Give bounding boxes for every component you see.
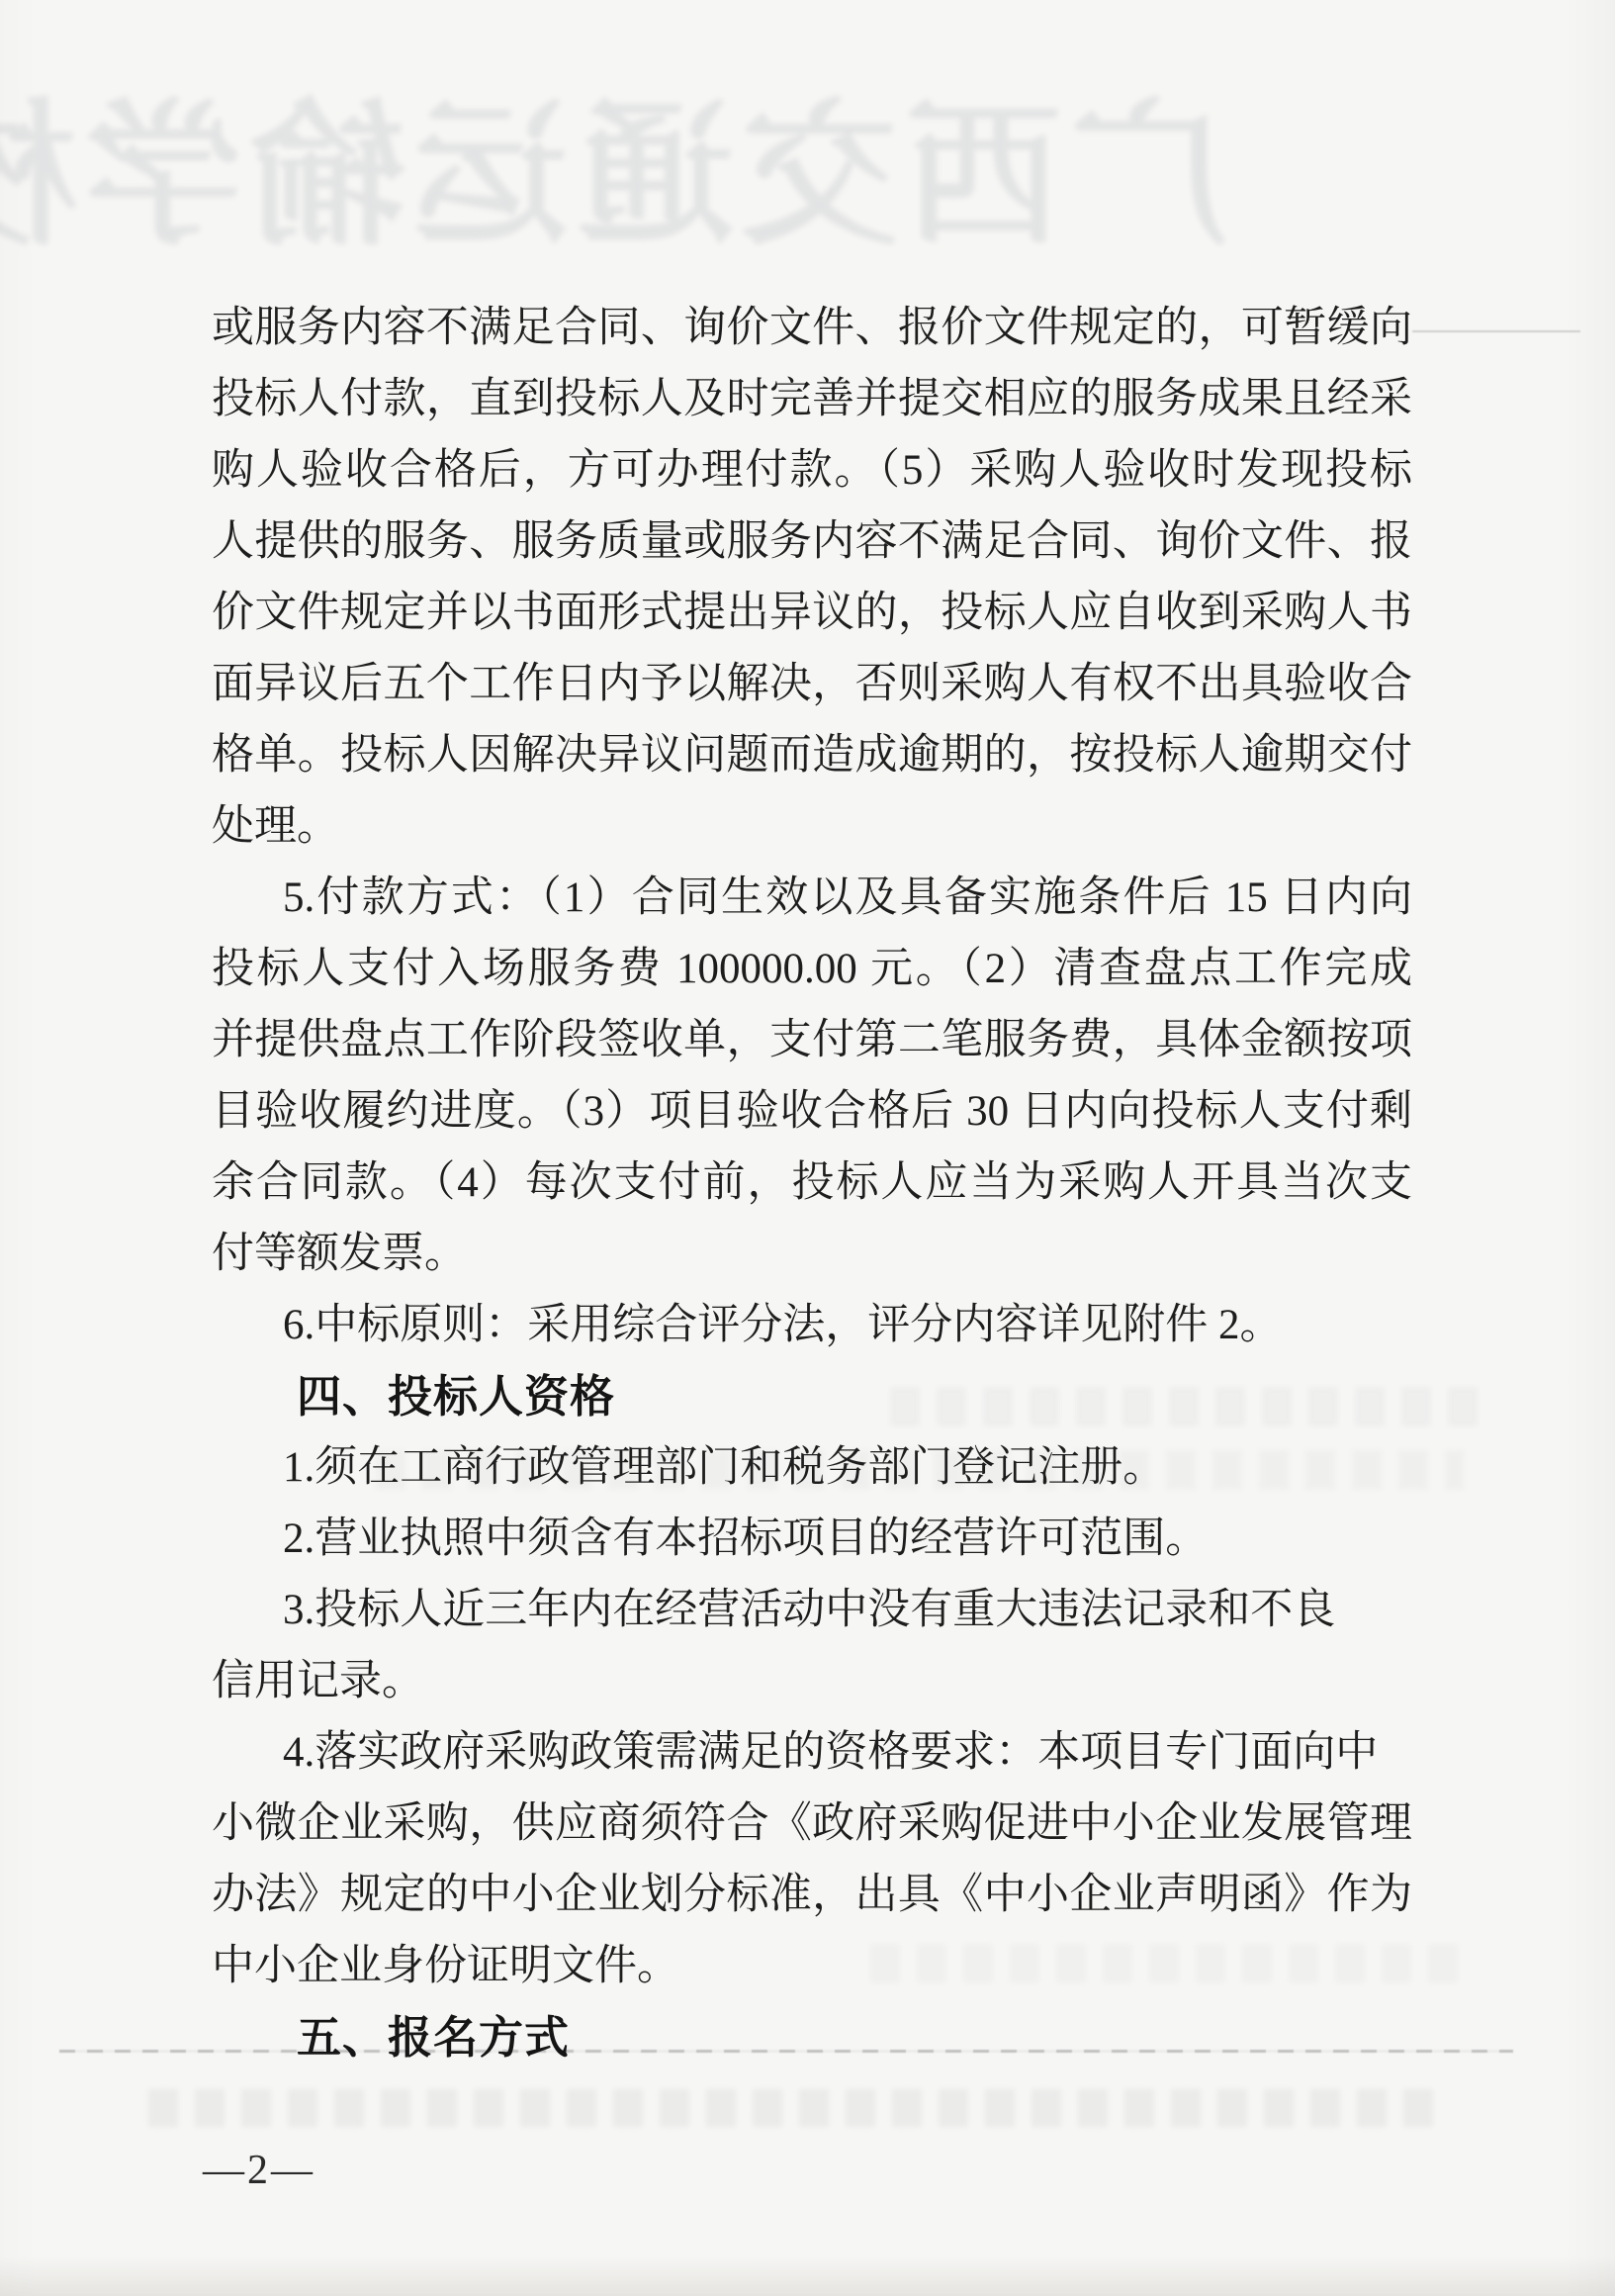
document-page: 广西交通运输学校 或服务内容不满足合同、询价文件、报价文件规定的，可暂缓向 投标… <box>0 0 1615 2296</box>
text-line: 购人验收合格后，方可办理付款。（5）采购人验收时发现投标 <box>212 435 1412 506</box>
text-line: 付等额发票。 <box>212 1219 1412 1290</box>
text-line: 5.付款方式：（1）合同生效以及具备实施条件后 15 日内向 <box>212 863 1412 934</box>
text-line: 投标人支付入场服务费 100000.00 元。（2）清查盘点工作完成 <box>212 934 1412 1005</box>
section-heading: 五、报名方式 <box>212 2002 1412 2073</box>
text-line: 办法》规定的中小企业划分标准，出具《中小企业声明函》作为 <box>212 1860 1412 1931</box>
text-line: 4.落实政府采购政策需满足的资格要求：本项目专门面向中 <box>212 1717 1412 1789</box>
text-line: 目验收履约进度。（3）项目验收合格后 30 日内向投标人支付剩 <box>212 1076 1412 1148</box>
text-line: 信用记录。 <box>212 1646 1412 1717</box>
document-body: 或服务内容不满足合同、询价文件、报价文件规定的，可暂缓向 投标人付款，直到投标人… <box>212 293 1412 2073</box>
text-line: 人提供的服务、服务质量或服务内容不满足合同、询价文件、报 <box>212 506 1412 578</box>
text-line: 3.投标人近三年内在经营活动中没有重大违法记录和不良 <box>212 1575 1412 1646</box>
text-line: 价文件规定并以书面形式提出异议的，投标人应自收到采购人书 <box>212 578 1412 649</box>
page-number: —2— <box>203 2135 315 2206</box>
bleedthrough-title: 广西交通运输学校 <box>69 77 1226 275</box>
text-line: 6.中标原则：采用综合评分法，评分内容详见附件 2。 <box>212 1290 1412 1361</box>
scan-artifact-line <box>1412 330 1580 332</box>
bleedthrough-smudge <box>148 2089 1444 2127</box>
text-line: 或服务内容不满足合同、询价文件、报价文件规定的，可暂缓向 <box>212 293 1412 364</box>
text-line: 格单。投标人因解决异议问题而造成逾期的，按投标人逾期交付 <box>212 720 1412 791</box>
text-line: 1.须在工商行政管理部门和税务部门登记注册。 <box>212 1432 1412 1504</box>
text-line: 中小企业身份证明文件。 <box>212 1931 1412 2002</box>
section-heading: 四、投标人资格 <box>212 1361 1412 1432</box>
scan-edge-shadow <box>0 2256 1615 2296</box>
text-line: 投标人付款，直到投标人及时完善并提交相应的服务成果且经采 <box>212 364 1412 435</box>
text-line: 2.营业执照中须含有本招标项目的经营许可范围。 <box>212 1504 1412 1575</box>
text-line: 小微企业采购，供应商须符合《政府采购促进中小企业发展管理 <box>212 1789 1412 1860</box>
text-line: 余合同款。（4）每次支付前，投标人应当为采购人开具当次支 <box>212 1148 1412 1219</box>
text-line: 并提供盘点工作阶段签收单，支付第二笔服务费，具体金额按项 <box>212 1005 1412 1076</box>
text-line: 面异议后五个工作日内予以解决，否则采购人有权不出具验收合 <box>212 649 1412 720</box>
text-line: 处理。 <box>212 791 1412 863</box>
